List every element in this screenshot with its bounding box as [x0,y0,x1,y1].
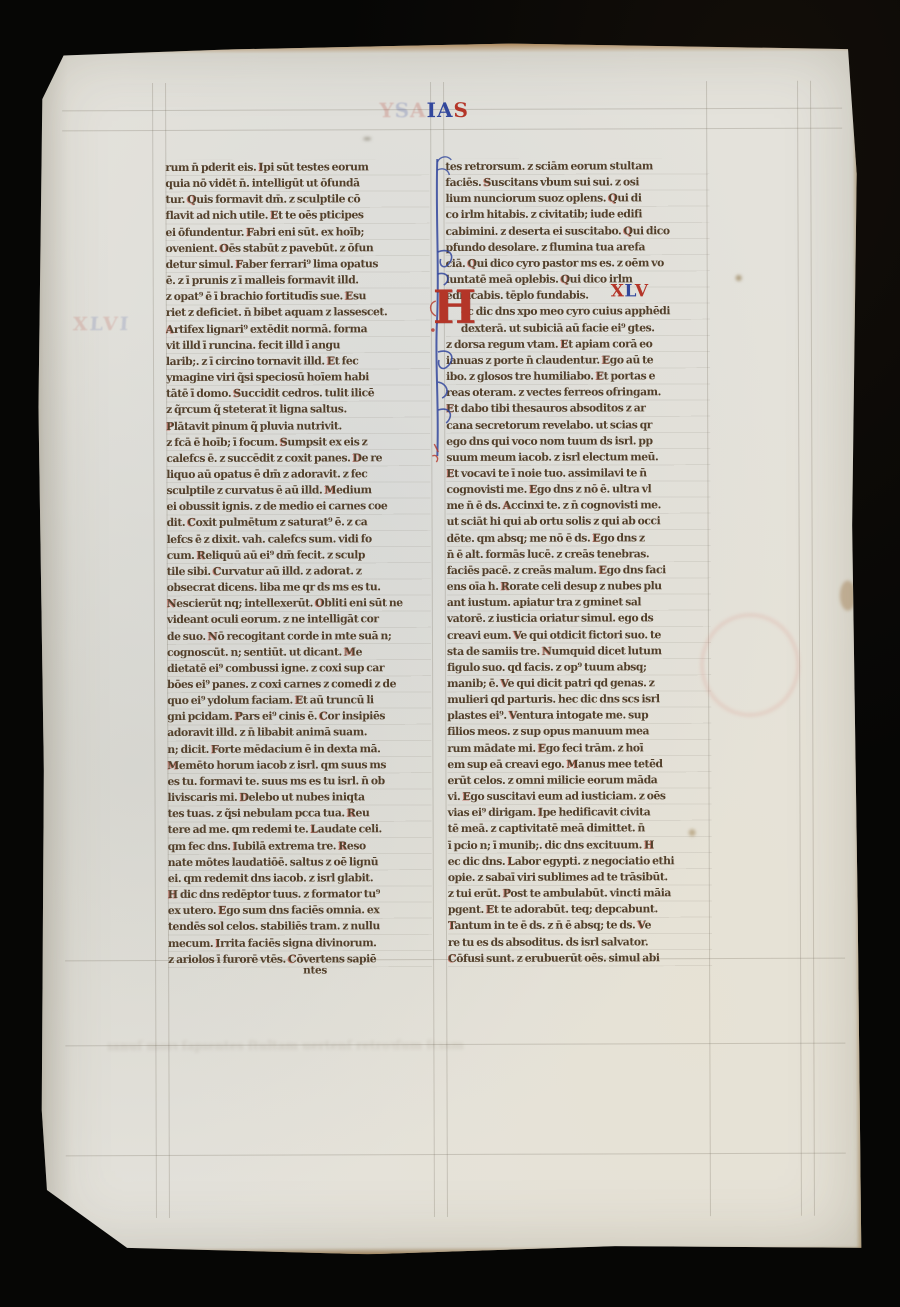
decorated-initial-h: H [433,284,477,330]
text-line: Et vocavi te ī noie tuo. assimilavi te n… [446,465,710,482]
text-line: creavi eum. Ve qui otdicit fictori suo. … [447,627,711,644]
ornamental-letter: X [611,281,625,301]
ornamental-letter: A [410,98,427,122]
text-line: cabimini. z deserta ei suscitabo. Qui di… [446,223,710,240]
text-line: co irlm hitabis. z civitatib; iude edifi [445,207,709,224]
text-line: Artifex lignari⁹ extēdit normā. forma [166,321,430,338]
text-line: luntatē meā oplebis. Qui dico irlm [446,271,710,288]
text-line: Nescierūt nq; intellexerūt. Obliti eni s… [167,595,431,612]
ornamental-letter: S [453,98,469,122]
text-line: erūt celos. z omni milicie eorum māda [447,772,711,789]
text-line: Plātavit pinum q̃ pluvia nutrivit. [166,418,430,435]
ornamental-letter: I [427,98,437,122]
text-line: quo ei⁹ ydolum faciam. Et aū truncū li [167,692,431,709]
leaf-fold-shadow [34,43,72,1255]
text-line: lium nunciorum suoz oplens. Qui di [445,190,709,207]
ornamental-letter: I [119,313,131,335]
ornamental-letter: X [72,313,90,335]
text-line: vit illd ī runcina. fecit illd ī angu [166,337,430,354]
text-line: ei ōfundentur. Fabri eni sūt. ex hoīb; [166,224,430,241]
text-line: mecum. Irrita faciēs signa divinorum. [168,935,432,952]
ornamental-letter: V [635,281,649,301]
text-line: z ariolos ī furorē vtēs. Cōvertens sapiē [168,951,432,968]
ruling-line-vertical [797,81,802,1216]
text-line: ei. qm redemit dns iacob. z isrl glabit. [168,870,432,887]
text-line: mulieri qd parturis. hec dic dns scs isr… [447,691,711,708]
text-line: z dorsa regum vtam. Et apiam corā eo [446,336,710,353]
text-line: bōes ei⁹ panes. z coxi carnes z comedi z… [167,676,431,693]
text-line: obsecrat dicens. liba me qr ds ms es tu. [167,579,431,596]
text-line: ant iustum. apiatur tra z gminet sal [447,594,711,611]
text-line: tendēs sol celos. stabiliēs tram. z null… [168,918,432,935]
text-line: z opat⁹ ē ī brachio fortitudīs sue. Esu [166,288,430,305]
text-line: suum meum iacob. z isrl electum meū. [446,449,710,466]
text-column-b: tes retrorsum. z sciām eorum stultamfaci… [445,158,712,967]
text-line: ibo. z glosos tre humiliabo. Et portas e [446,368,710,385]
text-line: H dic dns redēptor tuus. z formator tu⁹ [168,886,432,903]
text-line: opie. z sabaī viri sublimes ad te trāsib… [448,869,712,886]
ruling-line-horizontal [66,1153,846,1157]
text-line: pgent. Et te adorabūt. teq; depcabunt. [448,901,712,918]
text-line: vias ei⁹ dirigam. Ipe hedificavit civita [448,804,712,821]
text-line: dit. Coxit pulmētum z saturat⁹ ē. z ca [167,514,431,531]
text-line: reas oteram. z vectes ferreos ofringam. [446,384,710,401]
text-line: edificabis. tēplo fundabis. [446,287,710,304]
show-through-chapter-numeral: XLVI [72,313,131,335]
running-title: YSAIAS [334,98,514,123]
text-line: cum. Reliquū aū ei⁹ dm̄ fecit. z sculp [167,547,431,564]
text-line: tātē ī domo. Succidit cedros. tulit ilic… [166,385,430,402]
leaf-right-edge [852,41,862,1253]
text-line: vi. Ego suscitavi eum ad iusticiam. z oē… [447,788,711,805]
text-line: plastes ei⁹. Ventura intogate me. sup [447,707,711,724]
text-line: dietatē ei⁹ combussi igne. z coxi sup ca… [167,660,431,677]
text-line: ex utero. Ego sum dns faciēs omnia. ex [168,902,432,919]
text-line: videant oculi eorum. z ne intelligāt cor [167,611,431,628]
ruling-line-vertical [810,81,815,1216]
text-line: adoravit illd. z n̄ libabit animā suam. [167,725,431,742]
ruling-lines [34,41,858,44]
ruling-line-horizontal [62,128,842,132]
manuscript-leaf: YSAIAS rum n̄ pderit eis. Ipi sūt testes… [34,41,862,1256]
ornamental-letter: Y [379,98,394,122]
show-through-bottom-text: ıanuſ moıꝛ ſapıentes ſtultam uertenſ ret… [107,1036,487,1054]
text-line: larib;. z ī circino tornavit illd. Et fe… [166,353,430,370]
text-line: cognoscūt. n; sentiūt. ut dicant. Me [167,644,431,661]
text-line: dēte. qm absq; me nō ē ds. Ego dns z [447,530,711,547]
text-line: tile sibi. Curvatur aū illd. z adorat. z [167,563,431,580]
text-line: detur simul. Faber ferrari⁹ lima opatus [166,256,430,273]
text-line: rum n̄ pderit eis. Ipi sūt testes eorum [165,159,429,176]
text-line: faciēs pacē. z creās malum. Ego dns faci [447,562,711,579]
text-line: flavit ad nich utile. Et te oēs pticipes [165,208,429,225]
text-line: n; dicit. Forte mēdacium ē in dexta mā. [167,741,431,758]
text-line: de suo. Nō recogitant corde in mte suā n… [167,628,431,645]
text-line: ut sciāt hi qui ab ortu solis z qui ab o… [447,514,711,531]
text-line: ego dns qui voco nom tuum ds isrl. pp [446,433,710,450]
text-line: ens oīa h. Rorate celi desup z nubes plu [447,578,711,595]
text-line: cana secretorum revelabo. ut scias qr [446,417,710,434]
text-line: z fcā ē hoīb; ī focum. Sumpsit ex eis z [166,434,430,451]
chapter-numeral: XLV [611,281,649,301]
ornamental-letter: S [395,98,411,122]
text-line: tē meā. z captivitatē meā dimittet. n̄ [448,820,712,837]
ornamental-letter: L [624,281,635,301]
text-line: nate mōtes laudatiōē. saltus z oē lignū [168,854,432,871]
text-line: sta de samiis tre. Numquid dicet lutum [447,643,711,660]
text-line: qm fec dns. Iubilā extrema tre. Reso [168,838,432,855]
stain [736,275,742,281]
text-line: Tantum in te ē ds. z n̄ ē absq; te ds. V… [448,917,712,934]
text-line: quia nō vidēt n̄. intelligūt ut ōfundā [165,175,429,192]
text-line: Et dabo tibi thesauros absoditos z ar [446,400,710,417]
ornamental-letter: V [102,313,120,335]
photo-background: YSAIAS rum n̄ pderit eis. Ipi sūt testes… [0,0,900,1307]
text-line: liquo aū opatus ē dm̄ z adoravit. z fec [166,466,430,483]
leaf-top-edge [34,41,858,55]
text-line: es tu. formavi te. suus ms es tu isrl. n… [167,773,431,790]
text-line: tere ad me. qm redemi te. Laudate celi. [168,821,432,838]
text-line: figulo suo. qd facis. z op⁹ tuum absq; [447,659,711,676]
text-line: manib; ē. Ve qui dicit patri qd genas. z [447,675,711,692]
text-line: ciā. Qui dico cyro pastor ms es. z oēm v… [446,255,710,272]
text-line: pfundo desolare. z flumina tua arefa [446,239,710,256]
text-line: tes retrorsum. z sciām eorum stultam [445,158,709,175]
text-line: ec dic dns. Labor egypti. z negociatio e… [448,853,712,870]
text-line: tur. Quis formavit dm̄. z sculptile cō [165,191,429,208]
text-line: cognovisti me. Ego dns z nō ē. ultra vl [446,481,710,498]
text-line: n̄ ē alt. formās lucē. z creās tenebras. [447,546,711,563]
text-line: ec dic dns xpo meo cyro cuius apphēdi [446,303,710,320]
leaf-bottom-edge [38,1246,862,1256]
text-line: tes tuas. z q̃si nebulam pcca tua. Reu [168,805,432,822]
text-line: calefcs ē. z succēdit z coxit panes. De … [166,450,430,467]
ornamental-letter: A [437,98,454,122]
text-line: dexterā. ut subiciā aū facie ei⁹ gtes. [446,320,710,337]
text-line: me n̄ ē ds. Accinxi te. z n̄ cognovisti … [446,497,710,514]
text-line: z tui erūt. Post te ambulabūt. vincti mā… [448,885,712,902]
text-line: ē. z ī prunis z ī malleis formavit illd. [166,272,430,289]
text-line: vatorē. z iusticia oriatur simul. ego ds [447,610,711,627]
text-line: ei obussit ignis. z de medio ei carnes c… [166,498,430,515]
text-line: gni pcidam. Pars ei⁹ cinis ē. Cor insipi… [167,708,431,725]
text-line: Memēto horum iacob z isrl. qm suus ms [167,757,431,774]
stain [363,137,371,140]
text-line: sculptile z curvatus ē aū illd. Medium [166,482,430,499]
text-line: ī pcio n; ī munib;. dic dns excituum. H [448,837,712,854]
text-line: ymagine viri q̃si speciosū hoīem habi [166,369,430,386]
stain [840,581,856,611]
catchword: ntes [303,964,327,976]
text-line: lefcs ē z dixit. vah. calefcs sum. vidi … [167,531,431,548]
stain [689,829,696,836]
text-line: rum mādate mi. Ego feci trām. z hoī [447,740,711,757]
text-column-a: rum n̄ pderit eis. Ipi sūt testes eorumq… [165,159,432,968]
text-line: z q̃rcum q̃ steterat īt ligna saltus. [166,401,430,418]
text-line: ovenient. Oēs stabūt z pavebūt. z ōfun [166,240,430,257]
text-line: riet z deficiet. n̄ bibet aquam z lasses… [166,304,430,321]
text-line: em sup eā creavi ego. Manus mee tetēd [447,756,711,773]
text-line: faciēs. Suscitans vbum sui sui. z osi [445,174,709,191]
text-line: liviscaris mi. Delebo ut nubes iniqta [167,789,431,806]
text-line: filios meos. z sup opus manuum mea [447,724,711,741]
show-through-initial-ring [700,613,800,717]
text-line: ianuas z porte n̄ claudentur. Ego aū te [446,352,710,369]
text-line: re tu es ds absoditus. ds isrl salvator. [448,934,712,951]
text-line: Cōfusi sunt. z erubuerūt oēs. simul abi [448,950,712,967]
